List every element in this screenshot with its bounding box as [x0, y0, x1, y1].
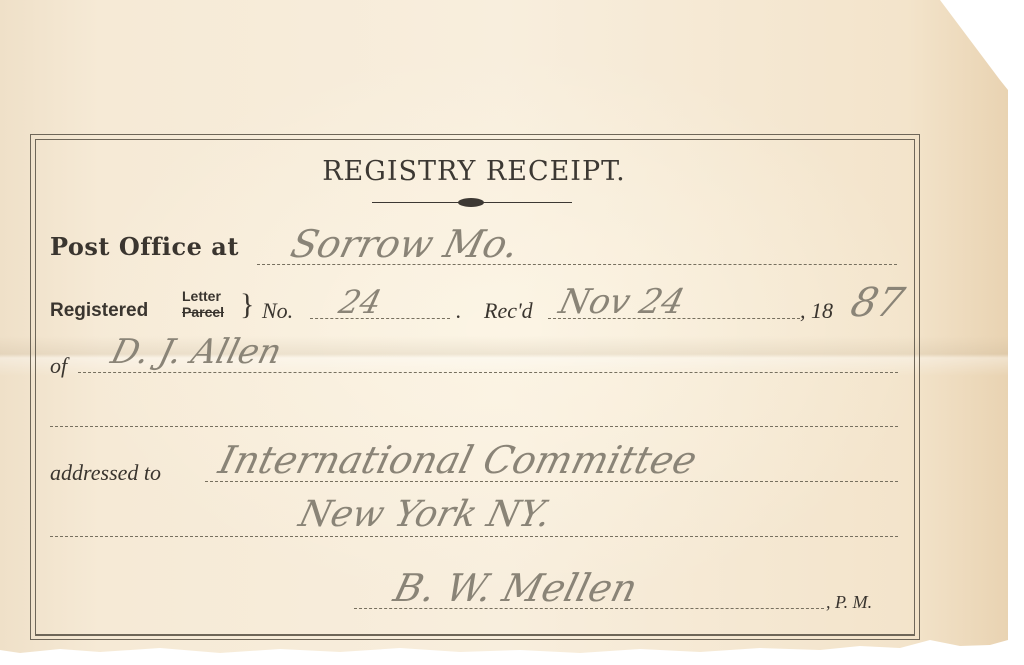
post-office-value: Sorrow Mo.: [287, 222, 524, 266]
number-label: No.: [262, 298, 293, 324]
sender-line: [78, 372, 898, 373]
inner-border: [35, 139, 915, 636]
type-option-parcel-struck: Parcel: [182, 305, 224, 320]
post-office-label: Post Office at: [50, 232, 239, 261]
number-line: [310, 318, 450, 319]
received-label: Rec'd: [484, 298, 533, 324]
addressed-to-label: addressed to: [50, 460, 161, 486]
title-ornament: [372, 200, 572, 206]
year-prefix: , 18: [800, 298, 833, 324]
addressee-line1-value: International Committee: [215, 438, 702, 482]
sender-label: of: [50, 353, 67, 379]
type-option-letter: Letter: [182, 289, 221, 304]
number-period: .: [456, 298, 462, 324]
blank-line: [50, 426, 898, 427]
document-title: REGISTRY RECEIPT.: [0, 156, 948, 187]
received-value: Nov 24: [555, 282, 688, 322]
sender-value: D. J. Allen: [107, 332, 286, 372]
postmaster-suffix: , P. M.: [826, 592, 872, 613]
addressee-line2-value: New York NY.: [295, 494, 555, 535]
postmaster-signature: B. W. Mellen: [390, 566, 642, 610]
addressee-line-2: [50, 536, 898, 537]
type-brace: }: [240, 288, 254, 322]
registered-label: Registered: [50, 300, 148, 322]
